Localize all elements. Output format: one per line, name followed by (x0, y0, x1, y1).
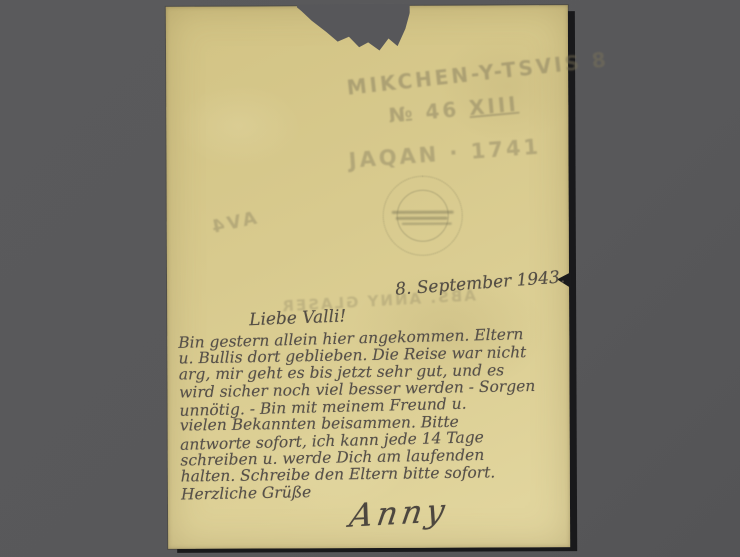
ghost-imprint-line-2-underlined: XIII (468, 92, 520, 120)
postmark-smudge-bar (396, 217, 448, 220)
postmark-smudge-bar (392, 211, 454, 214)
salutation: Liebe Valli! (249, 306, 347, 330)
ghost-imprint-line-2-prefix: № 46 (387, 96, 470, 127)
ghost-imprint-small-mark: AV4 (207, 208, 259, 239)
postmark-stamp (383, 176, 463, 256)
ghost-imprint-line-3: JAQAN · 1741 (348, 135, 542, 173)
torn-notch (297, 4, 410, 52)
letter-body: Bin gestern allein hier angekommen. Elte… (178, 326, 567, 503)
postcard: MIKCHEN-Y-TSVIS 8 № 46 XIII JAQAN · 1741… (166, 5, 570, 549)
signature: Anny (347, 491, 451, 535)
ghost-imprint-line-2: № 46 XIII (387, 92, 519, 128)
postmark-smudge-bar (402, 223, 452, 225)
